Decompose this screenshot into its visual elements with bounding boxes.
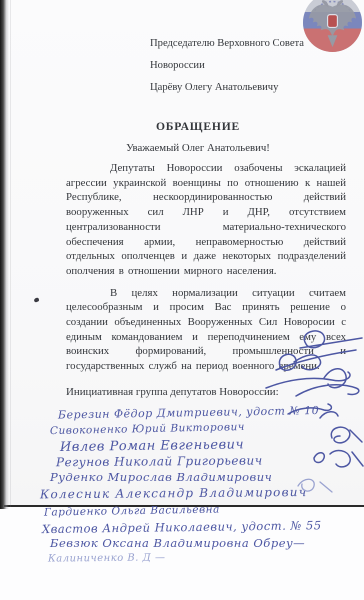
- signature-text: Регунов Николай Григорьевич: [56, 453, 263, 469]
- document-title: ОБРАЩЕНИЕ: [58, 120, 338, 133]
- signature-text: Калиниченко В. Д —: [48, 552, 166, 564]
- signature-text: Хвастов Андрей Николаевич, удост. № 55: [42, 518, 322, 536]
- recipient-line-2: Царёву Олегу Анатольевичу: [150, 77, 346, 99]
- scan-edge-shadow: [0, 0, 9, 509]
- signature-flourishes: [236, 326, 364, 498]
- signature-text: Ивлев Роман Евгеньевич: [60, 437, 244, 455]
- signature-text: Гардиенко Ольга Васильевна: [44, 503, 220, 518]
- official-seal: [303, 0, 362, 52]
- signature-line: Бевзюк Оксана Владимировна Обреу—: [50, 536, 346, 552]
- paragraph-1: Депутаты Новороссии озабочены эскалацией…: [66, 161, 346, 279]
- signature-text: Бевзюк Оксана Владимировна Обреу—: [50, 536, 305, 550]
- scanned-document: Председателю Верховного Совета Новоросси…: [0, 0, 364, 600]
- paper-crease-line: [10, 0, 11, 507]
- salutation: Уважаемый Олег Анатольевич!: [58, 142, 338, 154]
- double-headed-eagle-icon: [303, 0, 362, 52]
- signature-line: Калиниченко В. Д —: [48, 550, 346, 569]
